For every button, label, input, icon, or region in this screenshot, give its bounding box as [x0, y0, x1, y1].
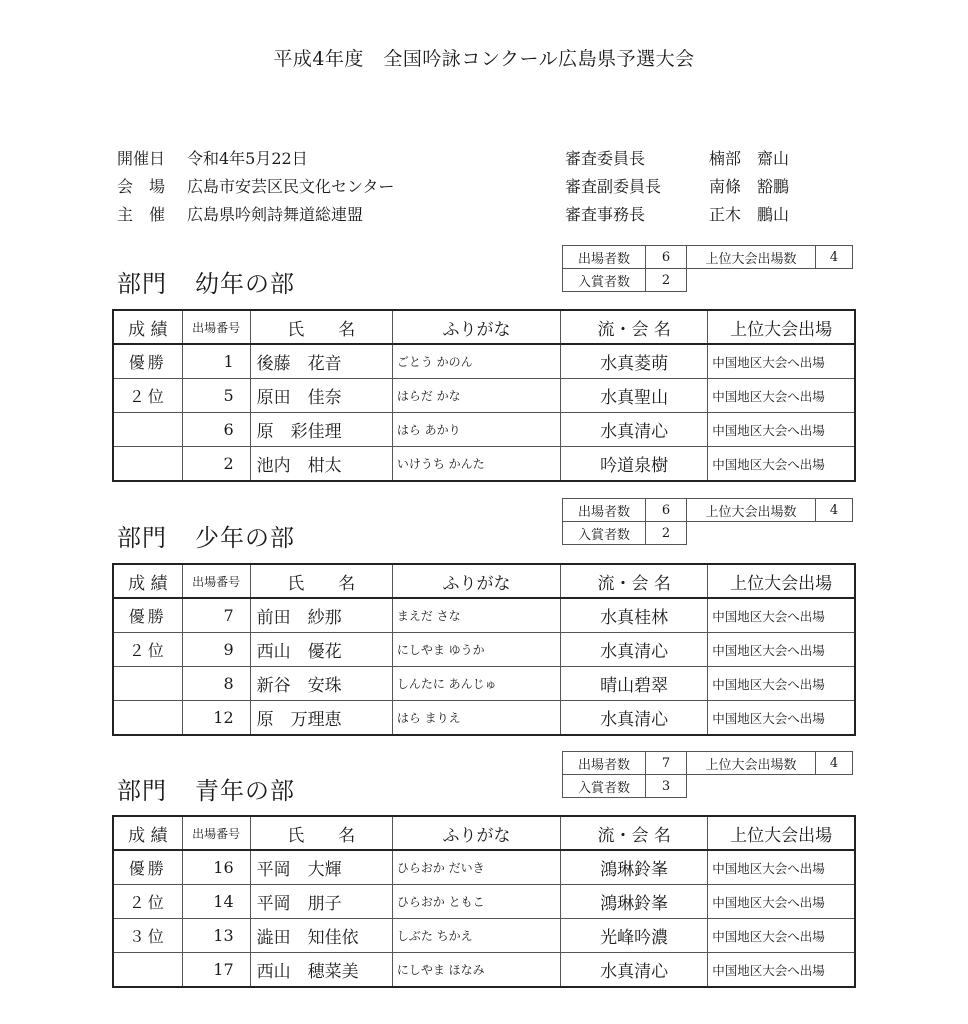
table-row: 優勝 7 前田 紗那 まえだ さな 水真桂林 中国地区大会へ出場 [113, 598, 855, 633]
document-title: 平成4年度 全国吟詠コンクール広島県予選大会 [0, 44, 968, 71]
table-row: ３位 13 澁田 知佳依 しぶた ちかえ 光峰吟濃 中国地区大会へ出場 [113, 919, 855, 953]
judge-row: 審査事務長 正木 鵬山 [565, 201, 789, 229]
header-kana: ふりがな [392, 310, 560, 344]
school-cell: 水真清心 [561, 413, 708, 447]
advance-cell: 中国地区大会へ出場 [708, 344, 855, 379]
header-rank: 成 績 [113, 816, 182, 850]
school-cell: 水真桂林 [561, 598, 708, 633]
school-cell: 水真清心 [561, 701, 708, 736]
event-venue-row: 会 場 広島市安芸区民文化センター [117, 173, 394, 201]
header-advance: 上位大会出場 [708, 564, 855, 598]
rank-cell [113, 701, 182, 736]
event-host-value: 広島県吟剣詩舞道総連盟 [187, 201, 363, 229]
header-name: 氏 名 [250, 564, 392, 598]
event-date-value: 令和4年5月22日 [187, 145, 308, 173]
event-date-row: 開催日 令和4年5月22日 [117, 145, 394, 173]
number-cell: 5 [182, 379, 250, 413]
header-rank: 成 績 [113, 310, 182, 344]
advance-cell: 中国地区大会へ出場 [708, 633, 855, 667]
advancing-count: 4 [816, 752, 853, 775]
participants-label: 出場者数 [563, 246, 646, 269]
results-table: 成 績 出場番号 氏 名 ふりがな 流・会 名 上位大会出場 優勝 16 平岡 … [112, 815, 856, 988]
kana-cell: しんたに あんじゅ [392, 667, 560, 701]
event-venue-label: 会 場 [117, 173, 187, 201]
school-cell: 鴻琳鈴峯 [561, 885, 708, 919]
header-school: 流・会 名 [561, 564, 708, 598]
division-name: 青年の部 [195, 777, 295, 805]
name-cell: 原 彩佳理 [250, 413, 392, 447]
school-cell: 光峰吟濃 [561, 919, 708, 953]
table-row: 優勝 1 後藤 花音 ごとう かのん 水真菱萌 中国地区大会へ出場 [113, 344, 855, 379]
participants-label: 出場者数 [563, 499, 646, 522]
rank-cell [113, 413, 182, 447]
number-cell: 16 [182, 850, 250, 885]
advance-cell: 中国地区大会へ出場 [708, 379, 855, 413]
header-school: 流・会 名 [561, 816, 708, 850]
advance-cell: 中国地区大会へ出場 [708, 953, 855, 988]
school-cell: 鴻琳鈴峯 [561, 850, 708, 885]
participants-count: 7 [646, 752, 687, 775]
school-cell: 晴山碧翠 [561, 667, 708, 701]
judge-row: 審査委員長 楠部 齋山 [565, 145, 789, 173]
number-cell: 12 [182, 701, 250, 736]
judge-role: 審査副委員長 [565, 173, 709, 201]
empty-cell [687, 522, 853, 545]
table-row: 12 原 万理恵 はら まりえ 水真清心 中国地区大会へ出場 [113, 701, 855, 736]
header-school: 流・会 名 [561, 310, 708, 344]
header-number: 出場番号 [182, 564, 250, 598]
table-row: ２位 9 西山 優花 にしやま ゆうか 水真清心 中国地区大会へ出場 [113, 633, 855, 667]
number-cell: 8 [182, 667, 250, 701]
header-name: 氏 名 [250, 816, 392, 850]
division-title: 部門幼年の部 [117, 264, 295, 299]
kana-cell: まえだ さな [392, 598, 560, 633]
header-number: 出場番号 [182, 816, 250, 850]
results-table: 成 績 出場番号 氏 名 ふりがな 流・会 名 上位大会出場 優勝 1 後藤 花… [112, 309, 856, 482]
table-row: 17 西山 穂菜美 にしやま ほなみ 水真清心 中国地区大会へ出場 [113, 953, 855, 988]
judge-row: 審査副委員長 南條 豁鵬 [565, 173, 789, 201]
name-cell: 平岡 大輝 [250, 850, 392, 885]
advancing-count: 4 [816, 499, 853, 522]
table-row: ２位 14 平岡 朋子 ひらおか ともこ 鴻琳鈴峯 中国地区大会へ出場 [113, 885, 855, 919]
header-advance: 上位大会出場 [708, 816, 855, 850]
rank-cell [113, 667, 182, 701]
name-cell: 西山 穂菜美 [250, 953, 392, 988]
number-cell: 17 [182, 953, 250, 988]
judge-name: 南條 豁鵬 [709, 173, 789, 201]
participants-count: 6 [646, 246, 687, 269]
school-cell: 吟道泉樹 [561, 447, 708, 482]
kana-cell: にしやま ほなみ [392, 953, 560, 988]
number-cell: 6 [182, 413, 250, 447]
name-cell: 原田 佳奈 [250, 379, 392, 413]
school-cell: 水真清心 [561, 953, 708, 988]
number-cell: 14 [182, 885, 250, 919]
name-cell: 前田 紗那 [250, 598, 392, 633]
winners-label: 入賞者数 [563, 522, 646, 545]
advancing-label: 上位大会出場数 [687, 246, 816, 269]
header-kana: ふりがな [392, 564, 560, 598]
empty-cell [687, 775, 853, 798]
kana-cell: ひらおか だいき [392, 850, 560, 885]
table-header-row: 成 績 出場番号 氏 名 ふりがな 流・会 名 上位大会出場 [113, 816, 855, 850]
school-cell: 水真菱萌 [561, 344, 708, 379]
table-row: 8 新谷 安珠 しんたに あんじゅ 晴山碧翠 中国地区大会へ出場 [113, 667, 855, 701]
table-row: 6 原 彩佳理 はら あかり 水真清心 中国地区大会へ出場 [113, 413, 855, 447]
rank-cell: ２位 [113, 633, 182, 667]
header-kana: ふりがな [392, 816, 560, 850]
winners-count: 2 [646, 269, 687, 292]
event-date-label: 開催日 [117, 145, 187, 173]
results-table: 成 績 出場番号 氏 名 ふりがな 流・会 名 上位大会出場 優勝 7 前田 紗… [112, 563, 856, 736]
event-info: 開催日 令和4年5月22日 会 場 広島市安芸区民文化センター 主 催 広島県吟… [117, 145, 394, 229]
advance-cell: 中国地区大会へ出場 [708, 919, 855, 953]
header-number: 出場番号 [182, 310, 250, 344]
name-cell: 平岡 朋子 [250, 885, 392, 919]
number-cell: 13 [182, 919, 250, 953]
advancing-label: 上位大会出場数 [687, 752, 816, 775]
table-row: 優勝 16 平岡 大輝 ひらおか だいき 鴻琳鈴峯 中国地区大会へ出場 [113, 850, 855, 885]
header-advance: 上位大会出場 [708, 310, 855, 344]
kana-cell: にしやま ゆうか [392, 633, 560, 667]
division-title: 部門青年の部 [117, 771, 295, 806]
name-cell: 新谷 安珠 [250, 667, 392, 701]
rank-cell: 優勝 [113, 344, 182, 379]
advance-cell: 中国地区大会へ出場 [708, 850, 855, 885]
advancing-count: 4 [816, 246, 853, 269]
kana-cell: はら まりえ [392, 701, 560, 736]
rank-cell: ３位 [113, 919, 182, 953]
winners-count: 3 [646, 775, 687, 798]
number-cell: 9 [182, 633, 250, 667]
rank-cell: ２位 [113, 379, 182, 413]
number-cell: 7 [182, 598, 250, 633]
kana-cell: いけうち かんた [392, 447, 560, 482]
kana-cell: はらだ かな [392, 379, 560, 413]
kana-cell: ごとう かのん [392, 344, 560, 379]
winners-label: 入賞者数 [563, 269, 646, 292]
kana-cell: しぶた ちかえ [392, 919, 560, 953]
rank-cell [113, 953, 182, 988]
advance-cell: 中国地区大会へ出場 [708, 667, 855, 701]
rank-cell: ２位 [113, 885, 182, 919]
school-cell: 水真清心 [561, 633, 708, 667]
event-venue-value: 広島市安芸区民文化センター [187, 173, 394, 201]
header-rank: 成 績 [113, 564, 182, 598]
division-name: 少年の部 [195, 524, 295, 552]
division-stats: 出場者数 7 上位大会出場数 4 入賞者数 3 [562, 751, 853, 798]
division-stats: 出場者数 6 上位大会出場数 4 入賞者数 2 [562, 498, 853, 545]
advance-cell: 中国地区大会へ出場 [708, 447, 855, 482]
division-name: 幼年の部 [195, 270, 295, 298]
name-cell: 池内 柑太 [250, 447, 392, 482]
rank-cell: 優勝 [113, 598, 182, 633]
judges-info: 審査委員長 楠部 齋山 審査副委員長 南條 豁鵬 審査事務長 正木 鵬山 [565, 145, 789, 229]
division-title: 部門少年の部 [117, 518, 295, 553]
rank-cell: 優勝 [113, 850, 182, 885]
kana-cell: はら あかり [392, 413, 560, 447]
header-name: 氏 名 [250, 310, 392, 344]
event-host-label: 主 催 [117, 201, 187, 229]
participants-label: 出場者数 [563, 752, 646, 775]
table-row: ２位 5 原田 佳奈 はらだ かな 水真聖山 中国地区大会へ出場 [113, 379, 855, 413]
advance-cell: 中国地区大会へ出場 [708, 701, 855, 736]
table-row: 2 池内 柑太 いけうち かんた 吟道泉樹 中国地区大会へ出場 [113, 447, 855, 482]
event-host-row: 主 催 広島県吟剣詩舞道総連盟 [117, 201, 394, 229]
number-cell: 2 [182, 447, 250, 482]
name-cell: 後藤 花音 [250, 344, 392, 379]
empty-cell [687, 269, 853, 292]
division-prefix: 部門 [117, 524, 167, 552]
judge-name: 正木 鵬山 [709, 201, 789, 229]
winners-count: 2 [646, 522, 687, 545]
table-header-row: 成 績 出場番号 氏 名 ふりがな 流・会 名 上位大会出場 [113, 564, 855, 598]
judge-name: 楠部 齋山 [709, 145, 789, 173]
school-cell: 水真聖山 [561, 379, 708, 413]
table-header-row: 成 績 出場番号 氏 名 ふりがな 流・会 名 上位大会出場 [113, 310, 855, 344]
kana-cell: ひらおか ともこ [392, 885, 560, 919]
advance-cell: 中国地区大会へ出場 [708, 413, 855, 447]
advancing-label: 上位大会出場数 [687, 499, 816, 522]
name-cell: 原 万理恵 [250, 701, 392, 736]
number-cell: 1 [182, 344, 250, 379]
rank-cell [113, 447, 182, 482]
judge-role: 審査事務長 [565, 201, 709, 229]
division-prefix: 部門 [117, 270, 167, 298]
advance-cell: 中国地区大会へ出場 [708, 885, 855, 919]
winners-label: 入賞者数 [563, 775, 646, 798]
participants-count: 6 [646, 499, 687, 522]
name-cell: 西山 優花 [250, 633, 392, 667]
division-stats: 出場者数 6 上位大会出場数 4 入賞者数 2 [562, 245, 853, 292]
judge-role: 審査委員長 [565, 145, 709, 173]
division-prefix: 部門 [117, 777, 167, 805]
name-cell: 澁田 知佳依 [250, 919, 392, 953]
advance-cell: 中国地区大会へ出場 [708, 598, 855, 633]
